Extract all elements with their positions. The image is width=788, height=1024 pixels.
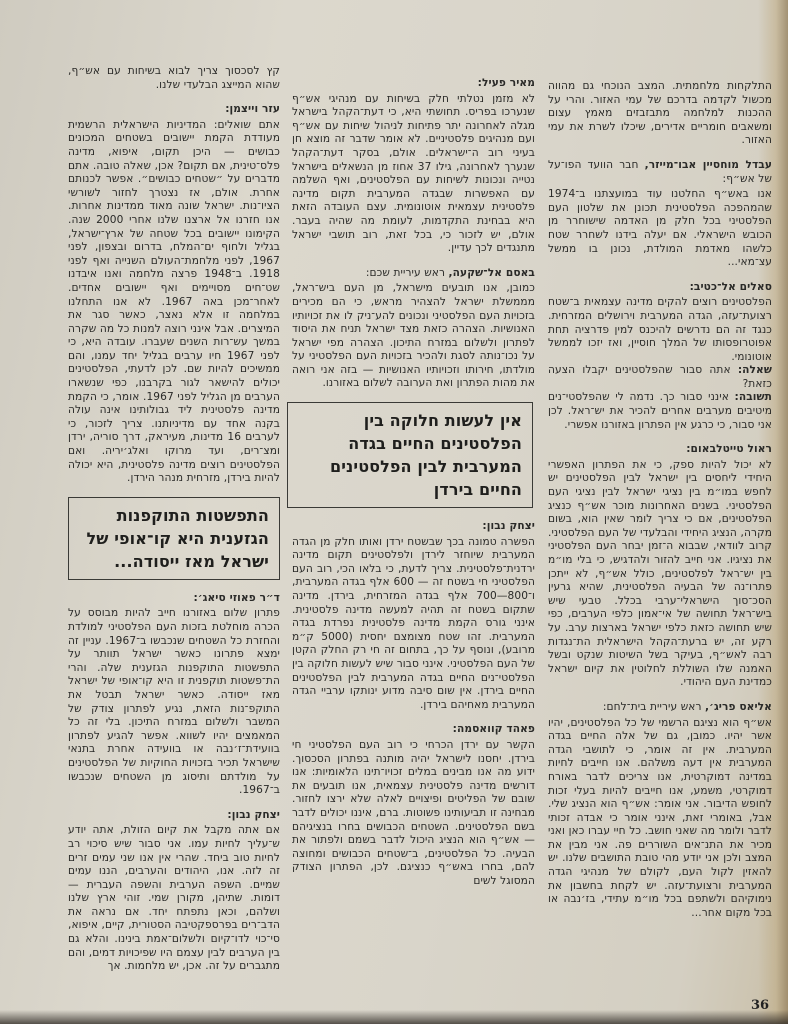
speaker-name: אליאס פריג׳, ראש עיריית בית־לחם:: [548, 701, 772, 715]
speaker-name: סאלים אל־כטיב:: [548, 281, 772, 295]
statement-text: אש״ף הוא נציגם הרשמי של כל הפלסטינים, יה…: [548, 717, 772, 921]
statement-text: לא יכול להיות ספק, כי את הפתרון האפשרי ה…: [548, 459, 772, 690]
speaker-name: פאהד קוואסמה:: [292, 723, 535, 737]
pull-quote-box: אין לעשות חלוקה בין הפלסטינים החיים בגדה…: [287, 402, 533, 508]
statement-abu-mayzar: עבדל מוחסיין אבו־מייזר, חבר הוועד הפו־על…: [548, 159, 772, 270]
question-label: שאלה:: [738, 364, 772, 376]
statement-al-khatib: סאלים אל־כטיב: הפלסטינים רוצים להקים מדי…: [548, 281, 772, 433]
speaker-name: יצחק נבון:: [292, 520, 535, 534]
statement-pail: מאיר פעיל: לא מזמן נטלתי חלק בשיחות עם מ…: [292, 77, 535, 256]
statement-weizman: עזר וייצמן: אתם שואלים: המדיניות הישראלי…: [68, 103, 280, 486]
speaker-name: מאיר פעיל:: [292, 77, 535, 91]
statement-kawasmeh: פאהד קוואסמה: הקשר עם ירדן הכרחי כי רוב …: [292, 723, 535, 888]
speaker-name-text: עבדל מוחסיין אבו־מייזר,: [645, 159, 772, 171]
statement-sayegh: ד״ר פאוזי סיאג׳: פתרון שלום באזורנו חייב…: [68, 592, 280, 798]
column-middle: מאיר פעיל: לא מזמן נטלתי חלק בשיחות עם מ…: [292, 77, 535, 900]
statement-text: הקשר עם ירדן הכרחי כי רוב העם הפלסטיני ח…: [292, 739, 535, 889]
speaker-name: ראול טייטלבאום:: [548, 443, 772, 457]
intro-paragraph-left: קץ לסכסוך צריך לבוא בשיחות עם אש״ף, שהוא…: [68, 65, 280, 92]
statement-text: הפשרה טמונה בכך שבשטח ירדן ואותו חלק מן …: [292, 536, 535, 713]
speaker-name-text: אליאס פריג׳,: [705, 701, 772, 713]
paragraph-text: קץ לסכסוך צריך לבוא בשיחות עם אש״ף, שהוא…: [68, 65, 280, 92]
speaker-name: עבדל מוחסיין אבו־מייזר, חבר הוועד הפו־על…: [548, 159, 772, 186]
statement-text: לא מזמן נטלתי חלק בשיחות עם מנהיגי אש״ף …: [292, 93, 535, 256]
pull-quote-box: התפשטות התוקפנות הגזענית היא קו־אופי של …: [68, 497, 280, 580]
speaker-role: ראש עיריית שכם:: [366, 267, 449, 279]
page-bottom-shadow: [0, 1010, 788, 1024]
speaker-name: ד״ר פאוזי סיאג׳:: [68, 592, 280, 606]
speaker-name: עזר וייצמן:: [68, 103, 280, 117]
statement-navon-2: יצחק נבון: אם אתה מקבל את קיום הזולת, את…: [68, 809, 280, 974]
column-right: התלקחות מלחמתית. המצב הנוכחי גם מהווה מכ…: [548, 80, 772, 931]
answer-label: תשובה:: [735, 391, 772, 403]
statement-text: פתרון שלום באזורנו חייב להיות מבוסס על ה…: [68, 607, 280, 797]
statement-al-shaka: באסם אל־שקעה, ראש עיריית שכם: כמובן, אנו…: [292, 267, 535, 391]
column-left: קץ לסכסוך צריך לבוא בשיחות עם אש״ף, שהוא…: [68, 65, 280, 985]
answer: תשובה: אינני סבור כך. נדמה לי שהפלסטי־ני…: [548, 391, 772, 432]
speaker-role: ראש עיריית בית־לחם:: [603, 701, 705, 713]
statement-text: הפלסטינים רוצים להקים מדינה עצמאית ב־שטח…: [548, 296, 772, 364]
statement-navon-1: יצחק נבון: הפשרה טמונה בכך שבשטח ירדן וא…: [292, 520, 535, 712]
statement-text: אם אתה מקבל את קיום הזולת, אתה יודע ש־על…: [68, 824, 280, 974]
statement-text: אנו באש״ף החלטנו עוד במועצתנו ב־1974 שהמ…: [548, 188, 772, 270]
speaker-name: באסם אל־שקעה, ראש עיריית שכם:: [292, 267, 535, 281]
statement-freij: אליאס פריג׳, ראש עיריית בית־לחם: אש״ף הו…: [548, 701, 772, 921]
paragraph-text: התלקחות מלחמתית. המצב הנוכחי גם מהווה מכ…: [548, 80, 772, 148]
statement-teitelbaum: ראול טייטלבאום: לא יכול להיות ספק, כי את…: [548, 443, 772, 690]
statement-text: אתם שואלים: המדיניות הישראלית הרשמית מעו…: [68, 119, 280, 486]
statement-text: כמובן, אנו תובעים מישראל, מן העם ביש־ראל…: [292, 282, 535, 391]
speaker-name-text: באסם אל־שקעה,: [449, 267, 535, 279]
question: שאלה: אתה סבור שהפלסטינים יקבלו הצעה כזא…: [548, 364, 772, 391]
speaker-name: יצחק נבון:: [68, 809, 280, 823]
intro-paragraph-right: התלקחות מלחמתית. המצב הנוכחי גם מהווה מכ…: [548, 80, 772, 148]
